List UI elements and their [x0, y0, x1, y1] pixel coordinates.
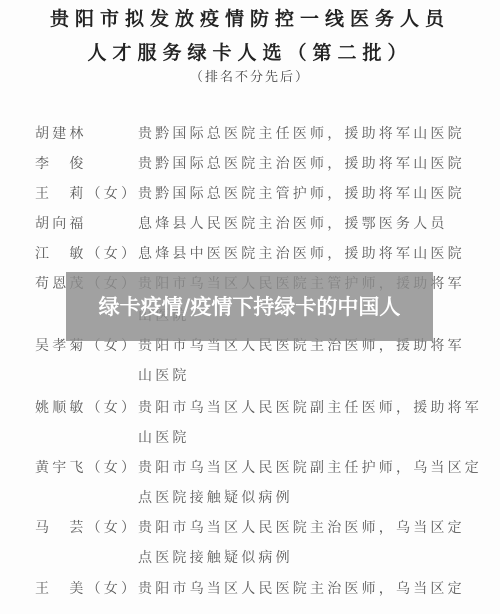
entry-desc: 贵阳市乌当区人民医院主治医师，乌当区定 [138, 517, 465, 537]
caption-text: 绿卡疫情/疫情下持绿卡的中国人 [85, 293, 415, 321]
entry-name: 黄宇飞（女） [35, 457, 138, 477]
list-item: 胡向福息烽县人民医院主治医师，援鄂医务人员 [35, 213, 448, 233]
entry-name: 胡建林 [35, 123, 138, 143]
entry-desc-continuation: 山医院 [138, 427, 190, 447]
document-title-line2: 人才服务绿卡人选（第二批） [0, 38, 500, 65]
list-item: 黄宇飞（女）贵阳市乌当区人民医院副主任护师，乌当区定 [35, 457, 482, 477]
entry-desc: 息烽县中医医院主治医师，援助将军山医院 [138, 243, 465, 263]
entry-desc: 贵黔国际总医院主管护师，援助将军山医院 [138, 183, 465, 203]
entry-desc: 贵黔国际总医院主任医师，援助将军山医院 [138, 123, 465, 143]
entry-name: 胡向福 [35, 213, 138, 233]
entry-desc: 贵黔国际总医院主治医师，援助将军山医院 [138, 153, 465, 173]
entry-desc-continuation: 点医院接触疑似病例 [138, 547, 293, 567]
entry-name: 王 莉（女） [35, 183, 138, 203]
entry-desc-continuation: 山医院 [138, 365, 190, 385]
entry-desc-continuation: 点医院接触疑似病例 [138, 487, 293, 507]
entry-name: 王 美（女） [35, 578, 138, 598]
list-item: 王 美（女）贵阳市乌当区人民医院主治医师，乌当区定 [35, 578, 465, 598]
entry-desc: 贵阳市乌当区人民医院副主任护师，乌当区定 [138, 457, 482, 477]
entry-name: 马 芸（女） [35, 517, 138, 537]
entry-name: 姚顺敏（女） [35, 397, 138, 417]
caption-overlay: 绿卡疫情/疫情下持绿卡的中国人 [66, 272, 433, 341]
list-item: 胡建林贵黔国际总医院主任医师，援助将军山医院 [35, 123, 465, 143]
entry-desc: 息烽县人民医院主治医师，援鄂医务人员 [138, 213, 448, 233]
document-title-line1: 贵阳市拟发放疫情防控一线医务人员 [0, 4, 500, 31]
entry-name: 李 俊 [35, 153, 138, 173]
entry-desc: 贵阳市乌当区人民医院主治医师，乌当区定 [138, 578, 465, 598]
list-item: 李 俊贵黔国际总医院主治医师，援助将军山医院 [35, 153, 465, 173]
list-item: 江 敏（女）息烽县中医医院主治医师，援助将军山医院 [35, 243, 465, 263]
entry-name: 江 敏（女） [35, 243, 138, 263]
list-item: 王 莉（女）贵黔国际总医院主管护师，援助将军山医院 [35, 183, 465, 203]
list-item: 姚顺敏（女）贵阳市乌当区人民医院副主任医师，援助将军 [35, 397, 482, 417]
document-subtitle: （排名不分先后） [0, 66, 500, 85]
list-item: 马 芸（女）贵阳市乌当区人民医院主治医师，乌当区定 [35, 517, 465, 537]
entry-desc: 贵阳市乌当区人民医院副主任医师，援助将军 [138, 397, 482, 417]
